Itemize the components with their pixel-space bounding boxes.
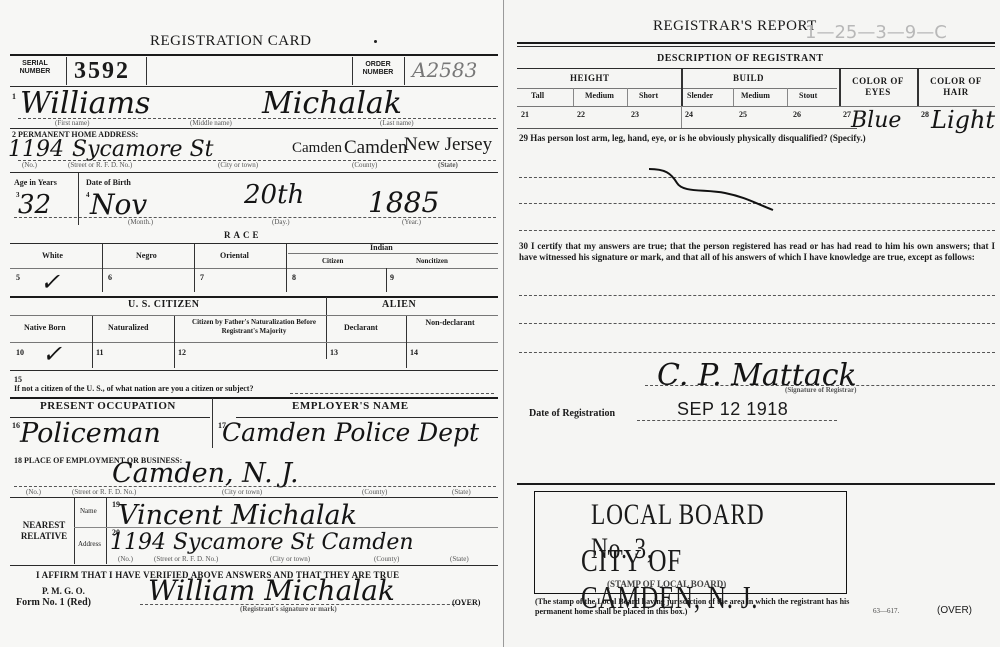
field-number: 21	[521, 110, 529, 119]
field-number: 6	[108, 273, 112, 282]
height-header: HEIGHT	[570, 73, 610, 83]
divider	[517, 88, 837, 89]
divider	[681, 69, 683, 107]
divider	[733, 88, 734, 107]
build-col-stout: Stout	[799, 91, 817, 100]
hair-color-value: Light	[931, 106, 995, 134]
build-col-medium: Medium	[741, 91, 770, 100]
divider	[10, 397, 498, 399]
divider	[517, 68, 995, 69]
caption: (No.)	[26, 488, 41, 496]
question-29: 29 Has person lost arm, leg, hand, eye, …	[519, 133, 995, 144]
date-of-registration-label: Date of Registration	[529, 408, 615, 419]
eyes-color-value: Blue	[851, 108, 901, 133]
divider	[404, 57, 405, 85]
divider	[681, 106, 682, 128]
description-header: DESCRIPTION OF REGISTRANT	[657, 53, 824, 64]
date-of-registration-stamp: SEP 12 1918	[677, 399, 788, 420]
faint-stamp: 1—25—3—9—C	[805, 22, 947, 43]
divider	[10, 315, 498, 316]
dotted-line	[519, 230, 995, 231]
field-number: 11	[96, 348, 104, 357]
caption: (City or town)	[222, 488, 262, 496]
dotted-line	[18, 118, 496, 119]
height-col-medium: Medium	[585, 91, 614, 100]
last-name: Michalak	[262, 86, 402, 121]
alien-col-declarant: Declarant	[344, 323, 378, 332]
field-number: 9	[390, 273, 394, 282]
divider	[787, 88, 788, 107]
field-number: 15	[14, 375, 22, 384]
caption: (Street or R. F. D. No.)	[72, 488, 136, 496]
dotted-line	[14, 217, 496, 218]
form-number: Form No. 1 (Red)	[16, 597, 91, 608]
field-number: 7	[200, 273, 204, 282]
dotted-line	[519, 352, 995, 353]
citizen-col-naturalized: Naturalized	[108, 323, 148, 332]
age-label: Age in Years	[14, 178, 57, 187]
registrant-signature: William Michalak	[148, 574, 395, 607]
field-number: 13	[330, 348, 338, 357]
divider	[573, 88, 574, 107]
divider	[352, 57, 353, 85]
relative-address-label: Address	[78, 540, 101, 548]
alien-col-non-declarant: Non-declarant	[420, 318, 480, 328]
local-board-stamp-box: LOCAL BOARD No. 3, CITY OF CAMDEN, N. J.…	[534, 491, 847, 594]
divider	[386, 268, 387, 292]
place-of-employment-value: Camden, N. J.	[112, 458, 299, 489]
divider	[517, 46, 995, 47]
divider	[10, 243, 498, 244]
divider	[517, 106, 995, 107]
field-number: 26	[793, 110, 801, 119]
divider	[10, 370, 498, 371]
registrars-report: REGISTRAR'S REPORT 1—25—3—9—C DESCRIPTIO…	[505, 0, 1000, 647]
citizen-col-native-born: Native Born	[24, 323, 66, 332]
divider	[10, 54, 498, 56]
caption: (County)	[352, 161, 377, 169]
caption: (Middle name)	[190, 119, 232, 127]
field-number: 27	[843, 110, 851, 119]
divider	[517, 42, 995, 44]
serial-number: 3592	[74, 58, 130, 85]
divider	[517, 128, 857, 129]
serial-label: SERIAL NUMBER	[14, 60, 56, 76]
caption: (Year.)	[402, 218, 421, 226]
race-col-indian-citizen: Citizen	[322, 257, 343, 265]
relative-address-value: 1194 Sycamore St Camden	[110, 530, 414, 555]
employer-value: Camden Police Dept	[222, 418, 479, 447]
dotted-line	[14, 486, 496, 487]
build-header: BUILD	[733, 73, 764, 83]
occupation-header: PRESENT OCCUPATION	[40, 400, 176, 412]
field-number: 5	[16, 273, 20, 282]
race-col-indian: Indian	[370, 243, 393, 252]
field-number: 1	[12, 92, 16, 101]
field-number: 23	[631, 110, 639, 119]
divider	[92, 316, 93, 368]
race-col-oriental: Oriental	[220, 251, 249, 260]
over-label: (OVER)	[937, 605, 972, 616]
divider	[10, 497, 498, 498]
dob-day: 20th	[244, 180, 304, 210]
divider	[174, 316, 175, 368]
divider	[839, 69, 841, 107]
divider	[194, 244, 195, 292]
caption: (Registrant's signature or mark)	[240, 605, 337, 613]
field-number: 4	[86, 191, 90, 199]
caption: (State)	[450, 555, 469, 563]
caption: (City or town)	[270, 555, 310, 563]
form-code: 63—617.	[873, 607, 899, 615]
home-address-number: 1194	[8, 137, 64, 162]
field15-question: If not a citizen of the U. S., of what n…	[14, 384, 253, 393]
caption: (County)	[362, 488, 387, 496]
alien-header: ALIEN	[382, 299, 416, 310]
citizen-col-by-father: Citizen by Father's Naturalization Befor…	[180, 318, 328, 336]
caption: (Street or R. F. D. No.)	[68, 161, 132, 169]
native-born-checkmark: ✓	[42, 340, 62, 368]
report-title: REGISTRAR'S REPORT	[653, 18, 817, 35]
dob-label: Date of Birth	[86, 178, 131, 187]
dotted-line	[519, 295, 995, 296]
dotted-line	[519, 323, 995, 324]
ink-dot	[374, 40, 377, 43]
caption: (City or town)	[218, 161, 258, 169]
caption: (Month.)	[128, 218, 153, 226]
dob-year: 1885	[368, 186, 439, 219]
caption: (Street or R. F. D. No.)	[154, 555, 218, 563]
home-address-state: New Jersey	[404, 134, 492, 156]
strike-through-mark	[645, 165, 795, 215]
home-address-city: Camden	[292, 140, 342, 157]
dotted-line	[637, 420, 837, 421]
build-col-slender: Slender	[687, 91, 713, 100]
divider	[286, 244, 287, 292]
race-col-white: White	[42, 251, 63, 260]
field-number: 24	[685, 110, 693, 119]
caption: (Last name)	[380, 119, 414, 127]
divider	[102, 244, 103, 292]
caption: (State)	[452, 488, 471, 496]
field-number: 22	[577, 110, 585, 119]
field-number: 16	[12, 421, 20, 430]
divider	[146, 57, 147, 85]
divider	[288, 253, 498, 254]
divider	[212, 398, 213, 448]
divider	[74, 498, 75, 564]
home-address-street: Sycamore St	[72, 137, 214, 162]
over-label: (OVER)	[452, 598, 480, 607]
nearest-relative-label: NEAREST RELATIVE	[14, 520, 74, 542]
caption: (County)	[374, 555, 399, 563]
relative-name-value: Vincent Michalak	[118, 500, 357, 531]
field-number: 12	[178, 348, 186, 357]
race-white-checkmark: ✓	[40, 268, 60, 296]
field-number: 28	[921, 110, 929, 119]
caption: (State)	[438, 161, 458, 169]
divider	[627, 88, 628, 107]
caption: (Signature of Registrar)	[785, 386, 856, 394]
dotted-line	[290, 393, 494, 394]
divider	[66, 57, 67, 85]
divider	[406, 316, 407, 368]
divider	[10, 172, 498, 173]
order-number: A2583	[412, 58, 477, 82]
divider	[10, 296, 498, 298]
caption: (Day.)	[272, 218, 290, 226]
caption: (No.)	[22, 161, 37, 169]
stamp-caption: (STAMP OF LOCAL BOARD)	[607, 579, 726, 589]
divider	[10, 128, 498, 129]
first-name: Williams	[20, 86, 150, 121]
divider	[917, 69, 919, 107]
registration-card: REGISTRATION CARD SERIAL NUMBER 3592 ORD…	[0, 0, 504, 647]
us-citizen-header: U. S. CITIZEN	[128, 299, 200, 310]
caption: (No.)	[118, 555, 133, 563]
relative-name-label: Name	[80, 507, 97, 515]
occupation-value: Policeman	[20, 418, 161, 449]
eyes-header: COLOR OF EYES	[845, 76, 911, 98]
pmgo-label: P. M. G. O.	[42, 586, 85, 596]
stamp-note: (The stamp of the Local Board having jur…	[535, 597, 855, 617]
order-label: ORDER NUMBER	[356, 61, 400, 77]
divider	[10, 565, 498, 566]
race-header: RACE	[224, 230, 262, 240]
divider	[106, 498, 107, 564]
race-col-indian-noncitizen: Noncitizen	[416, 257, 448, 265]
height-col-short: Short	[639, 91, 658, 100]
age-value: 32	[18, 190, 51, 220]
hair-header: COLOR OF HAIR	[923, 76, 989, 98]
divider	[10, 268, 498, 269]
race-col-negro: Negro	[136, 251, 157, 260]
divider	[10, 342, 498, 343]
question-30: 30 I certify that my answers are true; t…	[519, 241, 995, 263]
employer-header: EMPLOYER'S NAME	[292, 400, 409, 412]
field-number: 14	[410, 348, 418, 357]
caption: (First name)	[55, 119, 89, 127]
field-number: 25	[739, 110, 747, 119]
field-number: 8	[292, 273, 296, 282]
home-address-county: Camden	[344, 137, 407, 159]
divider	[517, 483, 995, 485]
card-title: REGISTRATION CARD	[150, 33, 311, 50]
height-col-tall: Tall	[531, 91, 544, 100]
field-number: 10	[16, 348, 24, 357]
